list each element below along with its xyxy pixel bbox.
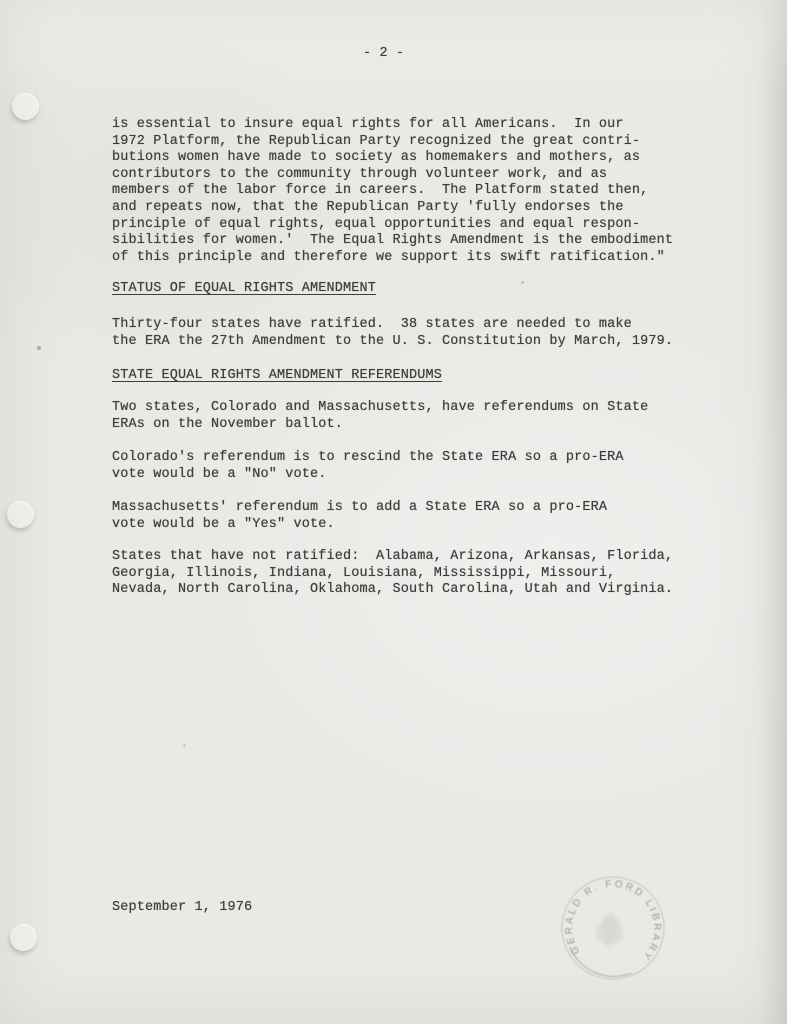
page-number: - 2 - — [363, 46, 404, 61]
hole-punch — [7, 501, 34, 528]
hole-punch — [12, 93, 39, 120]
section-heading-referendums: STATE EQUAL RIGHTS AMENDMENT REFERENDUMS — [112, 368, 442, 385]
scan-speck — [183, 744, 186, 747]
eagle-emblem — [595, 912, 624, 947]
scanned-document-page: - 2 - is essential to insure equal right… — [0, 0, 787, 1024]
referendums-paragraph-overview: Two states, Colorado and Massachusetts, … — [112, 400, 648, 433]
referendums-paragraph-massachusetts: Massachusetts' referendum is to add a St… — [112, 500, 607, 533]
status-paragraph: Thirty-four states have ratified. 38 sta… — [112, 317, 673, 350]
section-heading-status: STATUS OF EQUAL RIGHTS AMENDMENT — [112, 281, 376, 298]
body-paragraph-quote: is essential to insure equal rights for … — [112, 117, 673, 266]
referendums-paragraph-colorado: Colorado's referendum is to rescind the … — [112, 450, 624, 483]
unratified-states-paragraph: States that have not ratified: Alabama, … — [112, 549, 673, 599]
hole-punch — [10, 924, 37, 951]
scan-speck — [37, 346, 41, 350]
library-stamp: GERALD R. FORD LIBRARY — [546, 861, 680, 995]
scan-speck — [521, 281, 524, 284]
document-date: September 1, 1976 — [112, 900, 252, 917]
